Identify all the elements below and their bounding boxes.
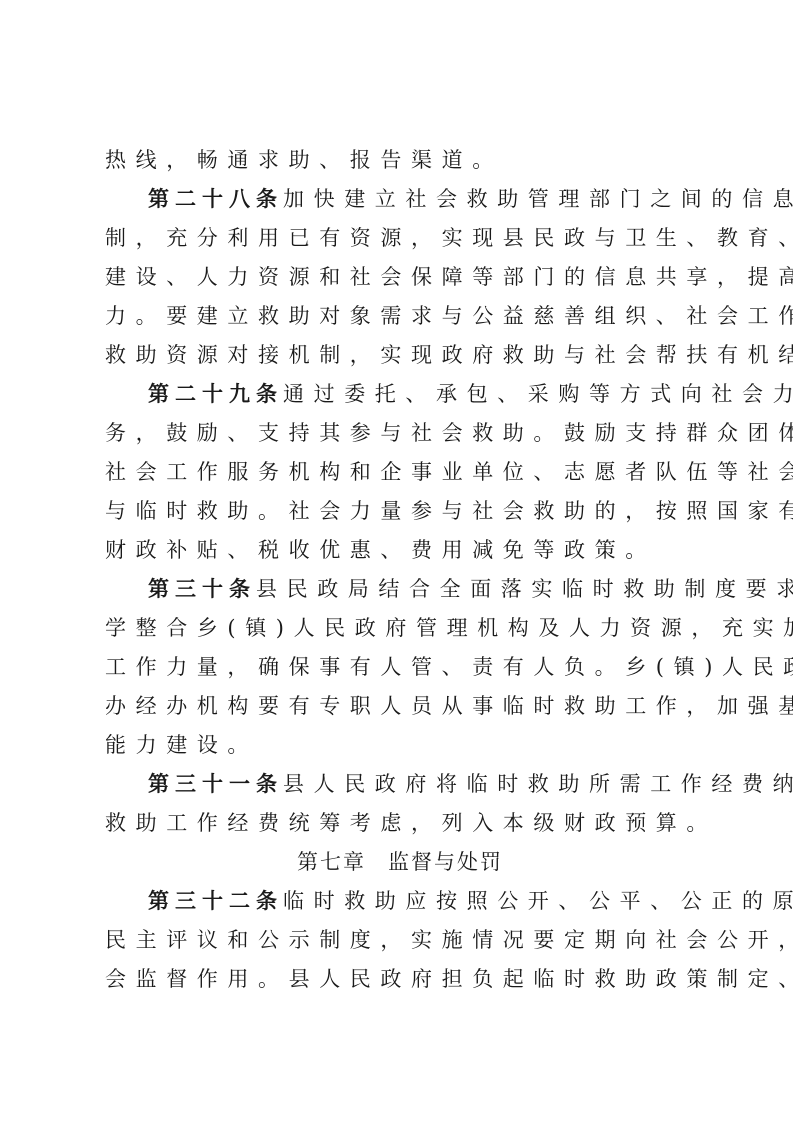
paragraph-line: 与临时救助。社会力量参与社会救助的，按照国家有关规定享受 [105,492,695,531]
paragraph-line: 民主评议和公示制度，实施情况要定期向社会公开，充分发挥社 [105,921,695,960]
article-heading: 第二十八条 [148,187,283,211]
paragraph-text: 加快建立社会救助管理部门之间的信息共享机 [283,187,793,211]
article-28-line: 第二十八条加快建立社会救助管理部门之间的信息共享机 [105,180,695,219]
article-30-line: 第三十条县民政局结合全面落实临时救助制度要求，通过科 [105,570,695,609]
paragraph-line: 救助工作经费统筹考虑，列入本级财政预算。 [105,804,695,843]
paragraph-line: 热线，畅通求助、报告渠道。 [105,141,695,180]
paragraph-text: 县民政局结合全面落实临时救助制度要求，通过科 [256,577,793,601]
paragraph-text: 县人民政府将临时救助所需工作经费纳入社会 [283,772,793,796]
article-29-line: 第二十九条通过委托、承包、采购等方式向社会力量购买服 [105,375,695,414]
document-page: 热线，畅通求助、报告渠道。 第二十八条加快建立社会救助管理部门之间的信息共享机 … [105,141,695,999]
article-31-line: 第三十一条县人民政府将临时救助所需工作经费纳入社会 [105,765,695,804]
chapter-number: 第七章 [297,850,366,874]
article-32-line: 第三十二条临时救助应按照公开、公平、公正的原则，坚持 [105,882,695,921]
paragraph-line: 学整合乡(镇)人民政府管理机构及人力资源，充实加强临时救助 [105,609,695,648]
paragraph-line: 力。要建立救助对象需求与公益慈善组织、社会工作服务机构的 [105,297,695,336]
paragraph-line: 办经办机构要有专职人员从事临时救助工作，加强基层临时救助 [105,687,695,726]
paragraph-line: 建设、人力资源和社会保障等部门的信息共享，提高审核甄别能 [105,258,695,297]
article-heading: 第三十二条 [148,889,283,913]
paragraph-line: 工作力量，确保事有人管、责有人负。乡(镇)人民政府社会事务 [105,648,695,687]
paragraph-line: 救助资源对接机制，实现政府救助与社会帮扶有机结合。 [105,336,695,375]
paragraph-line: 制，充分利用已有资源，实现县民政与卫生、教育、住房和城乡 [105,219,695,258]
paragraph-line: 财政补贴、税收优惠、费用减免等政策。 [105,531,695,570]
chapter-heading: 第七章监督与处罚 [105,843,695,882]
article-heading: 第三十一条 [148,772,283,796]
paragraph-line: 会监督作用。县人民政府担负起临时救助政策制定、资金投入、 [105,960,695,999]
paragraph-line: 务，鼓励、支持其参与社会救助。鼓励支持群众团体、社会组织、 [105,414,695,453]
paragraph-text: 通过委托、承包、采购等方式向社会力量购买服 [283,382,793,406]
paragraph-line: 社会工作服务机构和企事业单位、志愿者队伍等社会力量资源参 [105,453,695,492]
paragraph-text: 临时救助应按照公开、公平、公正的原则，坚持 [283,889,793,913]
chapter-title: 监督与处罚 [388,850,503,874]
article-heading: 第三十条 [148,577,256,601]
paragraph-line: 能力建设。 [105,726,695,765]
article-heading: 第二十九条 [148,382,283,406]
